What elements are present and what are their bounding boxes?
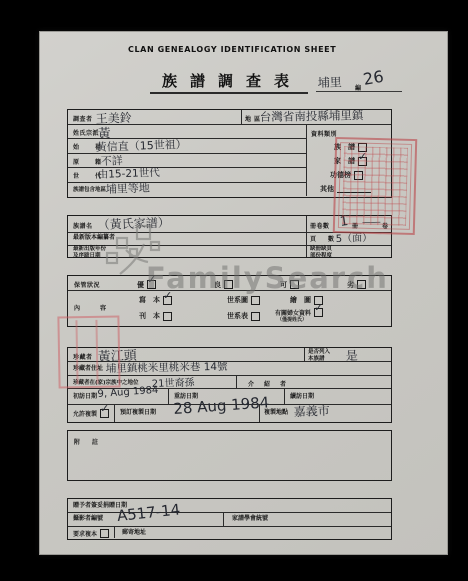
red-square-seal-stamp <box>333 137 417 235</box>
category-title: 資料類別 <box>311 129 337 138</box>
condition-good: 良 ✓ <box>214 280 233 290</box>
listed-label: 是否列入本族譜 <box>308 349 330 362</box>
content-printed: 刊 本 ✓ <box>139 311 172 321</box>
checkbox: ✓ <box>163 296 172 305</box>
area-label: 地 區 <box>245 114 261 123</box>
header-underline <box>316 91 402 92</box>
content-pedigree-table: 世系表 ✓ <box>227 311 260 321</box>
mailing-address-label: 郵寄地址 <box>122 530 146 537</box>
listed-value: 是 <box>345 347 358 364</box>
condition-excellent: 優 ✓ <box>137 280 156 290</box>
page-title: 族譜調查表 <box>162 70 302 91</box>
screenshot-stage: CLAN GENEALOGY IDENTIFICATION SHEET 族譜調查… <box>0 0 468 581</box>
notes-label: 附 註 <box>74 437 101 446</box>
book-name-value: （黃氏家譜） <box>97 213 170 233</box>
request-copy-option: 要求複本 ✓ <box>73 529 109 538</box>
condition-fair: 可 ✓ <box>280 280 299 290</box>
volumes-label: 冊卷數 <box>310 221 330 230</box>
checkbox: ✓ <box>100 409 109 418</box>
coverage-label: 族譜包含地區 <box>73 187 106 194</box>
checkbox: ✓ <box>314 308 323 317</box>
checkbox: ✓ <box>357 280 366 289</box>
introducer-label: 介 紹 者 <box>248 379 288 388</box>
surveyor-label: 調查者 <box>73 114 93 123</box>
first-visit-label: 初訪日期 <box>73 394 97 401</box>
pink-rectangular-stamp <box>57 315 120 388</box>
coverage-value: 埔里等地 <box>105 179 150 197</box>
society-no-label: 家譜學會統號 <box>232 516 268 523</box>
clan-label: 姓氏宗派 <box>73 128 99 137</box>
area-value: 台灣省南投縣埔里鎮 <box>260 107 364 125</box>
checkbox: ✓ <box>147 280 156 289</box>
copy-place-value: 嘉義市 <box>293 402 330 420</box>
condition-poor: 劣 ✓ <box>347 280 366 290</box>
place-handwritten: 埔里 <box>317 73 342 91</box>
permit-copy-option: 允許複製 ✓ <box>73 409 109 418</box>
checkbox: ✓ <box>251 312 260 321</box>
pub-date-label: 最新出版年份及序跋日期 <box>73 246 106 259</box>
content-pedigree-chart: 世系圖 ✓ <box>227 295 260 305</box>
checkbox: ✓ <box>163 312 172 321</box>
women-data-note: （僅提姓氏） <box>277 317 307 324</box>
content-label: 內 容 <box>74 303 113 312</box>
option-label: 其他 <box>320 184 334 194</box>
checkbox: ✓ <box>100 529 109 538</box>
pages-label: 頁 數 <box>310 234 337 243</box>
next-visit-label: 續訪日期 <box>290 394 314 401</box>
checkbox: ✓ <box>251 296 260 305</box>
compiler-label: 最新版本編纂者 <box>73 235 115 242</box>
section-admin: 贈予者簽妥捐贈日期 攝影者編號 A517-14 家譜學會統號 要求複本 ✓ 郵寄… <box>67 498 392 540</box>
content-women-data: 有關婦女資料 ✓ <box>275 308 323 317</box>
photographer-no-label: 攝影者編號 <box>73 516 103 523</box>
book-name-label: 族譜名 <box>73 221 93 230</box>
title-underline <box>150 92 308 94</box>
copy-date-label: 預訂複製日期 <box>120 410 156 417</box>
number-handwritten: 26 <box>362 67 385 89</box>
english-title: CLAN GENEALOGY IDENTIFICATION SHEET <box>128 45 336 54</box>
owner-address-value: 埔里鎮桃米里桃米巷 14號 <box>106 358 228 375</box>
condition-label: 保管狀況 <box>74 280 100 289</box>
missing-pages-label: 缺冊缺頁部份程度 <box>310 246 332 259</box>
checkbox: ✓ <box>290 280 299 289</box>
content-manuscript: 寫 本 ✓ <box>139 295 172 305</box>
checkbox: ✓ <box>224 280 233 289</box>
section-notes: 附 註 <box>67 430 392 481</box>
